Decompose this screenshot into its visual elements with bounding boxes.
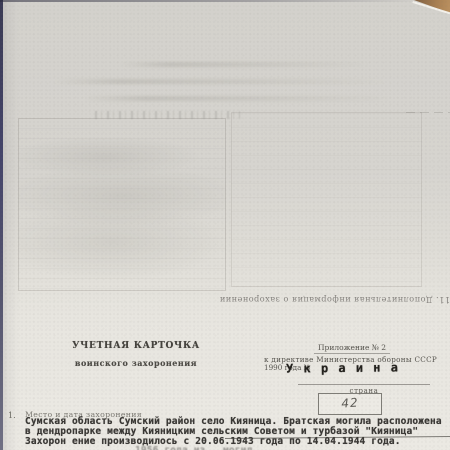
- annex-block: Приложение № 2 к директиве Министерства …: [258, 343, 446, 415]
- typed-line-partial: 1956 года из … могил: [25, 446, 450, 450]
- stamp-rule: [298, 384, 430, 385]
- card-heading: УЧЕТНАЯ КАРТОЧКА воинского захоронения: [60, 341, 212, 368]
- card-title: УЧЕТНАЯ КАРТОЧКА: [60, 341, 212, 351]
- typed-text-block: Сумская область Сумский район село Кияни…: [25, 417, 450, 450]
- bleed-streak: [55, 79, 385, 84]
- section-number: 1.: [8, 411, 16, 420]
- bleed-streak: [120, 62, 370, 67]
- scanner-edge-top: [0, 0, 424, 2]
- country-stamp: У к р а и н а: [286, 360, 400, 375]
- scanner-edge-left: [0, 0, 3, 450]
- bleed-streak: [85, 96, 390, 101]
- annex-label: Приложение № 2: [258, 343, 446, 354]
- scanned-card-page: 11. Дополнительная информация о захороне…: [0, 0, 450, 450]
- ghost-photo-frame-left: [18, 118, 226, 291]
- flipped-bleed-caption: 11. Дополнительная информация о захороне…: [208, 292, 450, 305]
- section-place-and-date: 1. Место и дата захоронения Сумская обла…: [6, 408, 450, 450]
- ghost-photo-frame-right: [231, 112, 422, 287]
- card-subtitle: воинского захоронения: [60, 358, 212, 368]
